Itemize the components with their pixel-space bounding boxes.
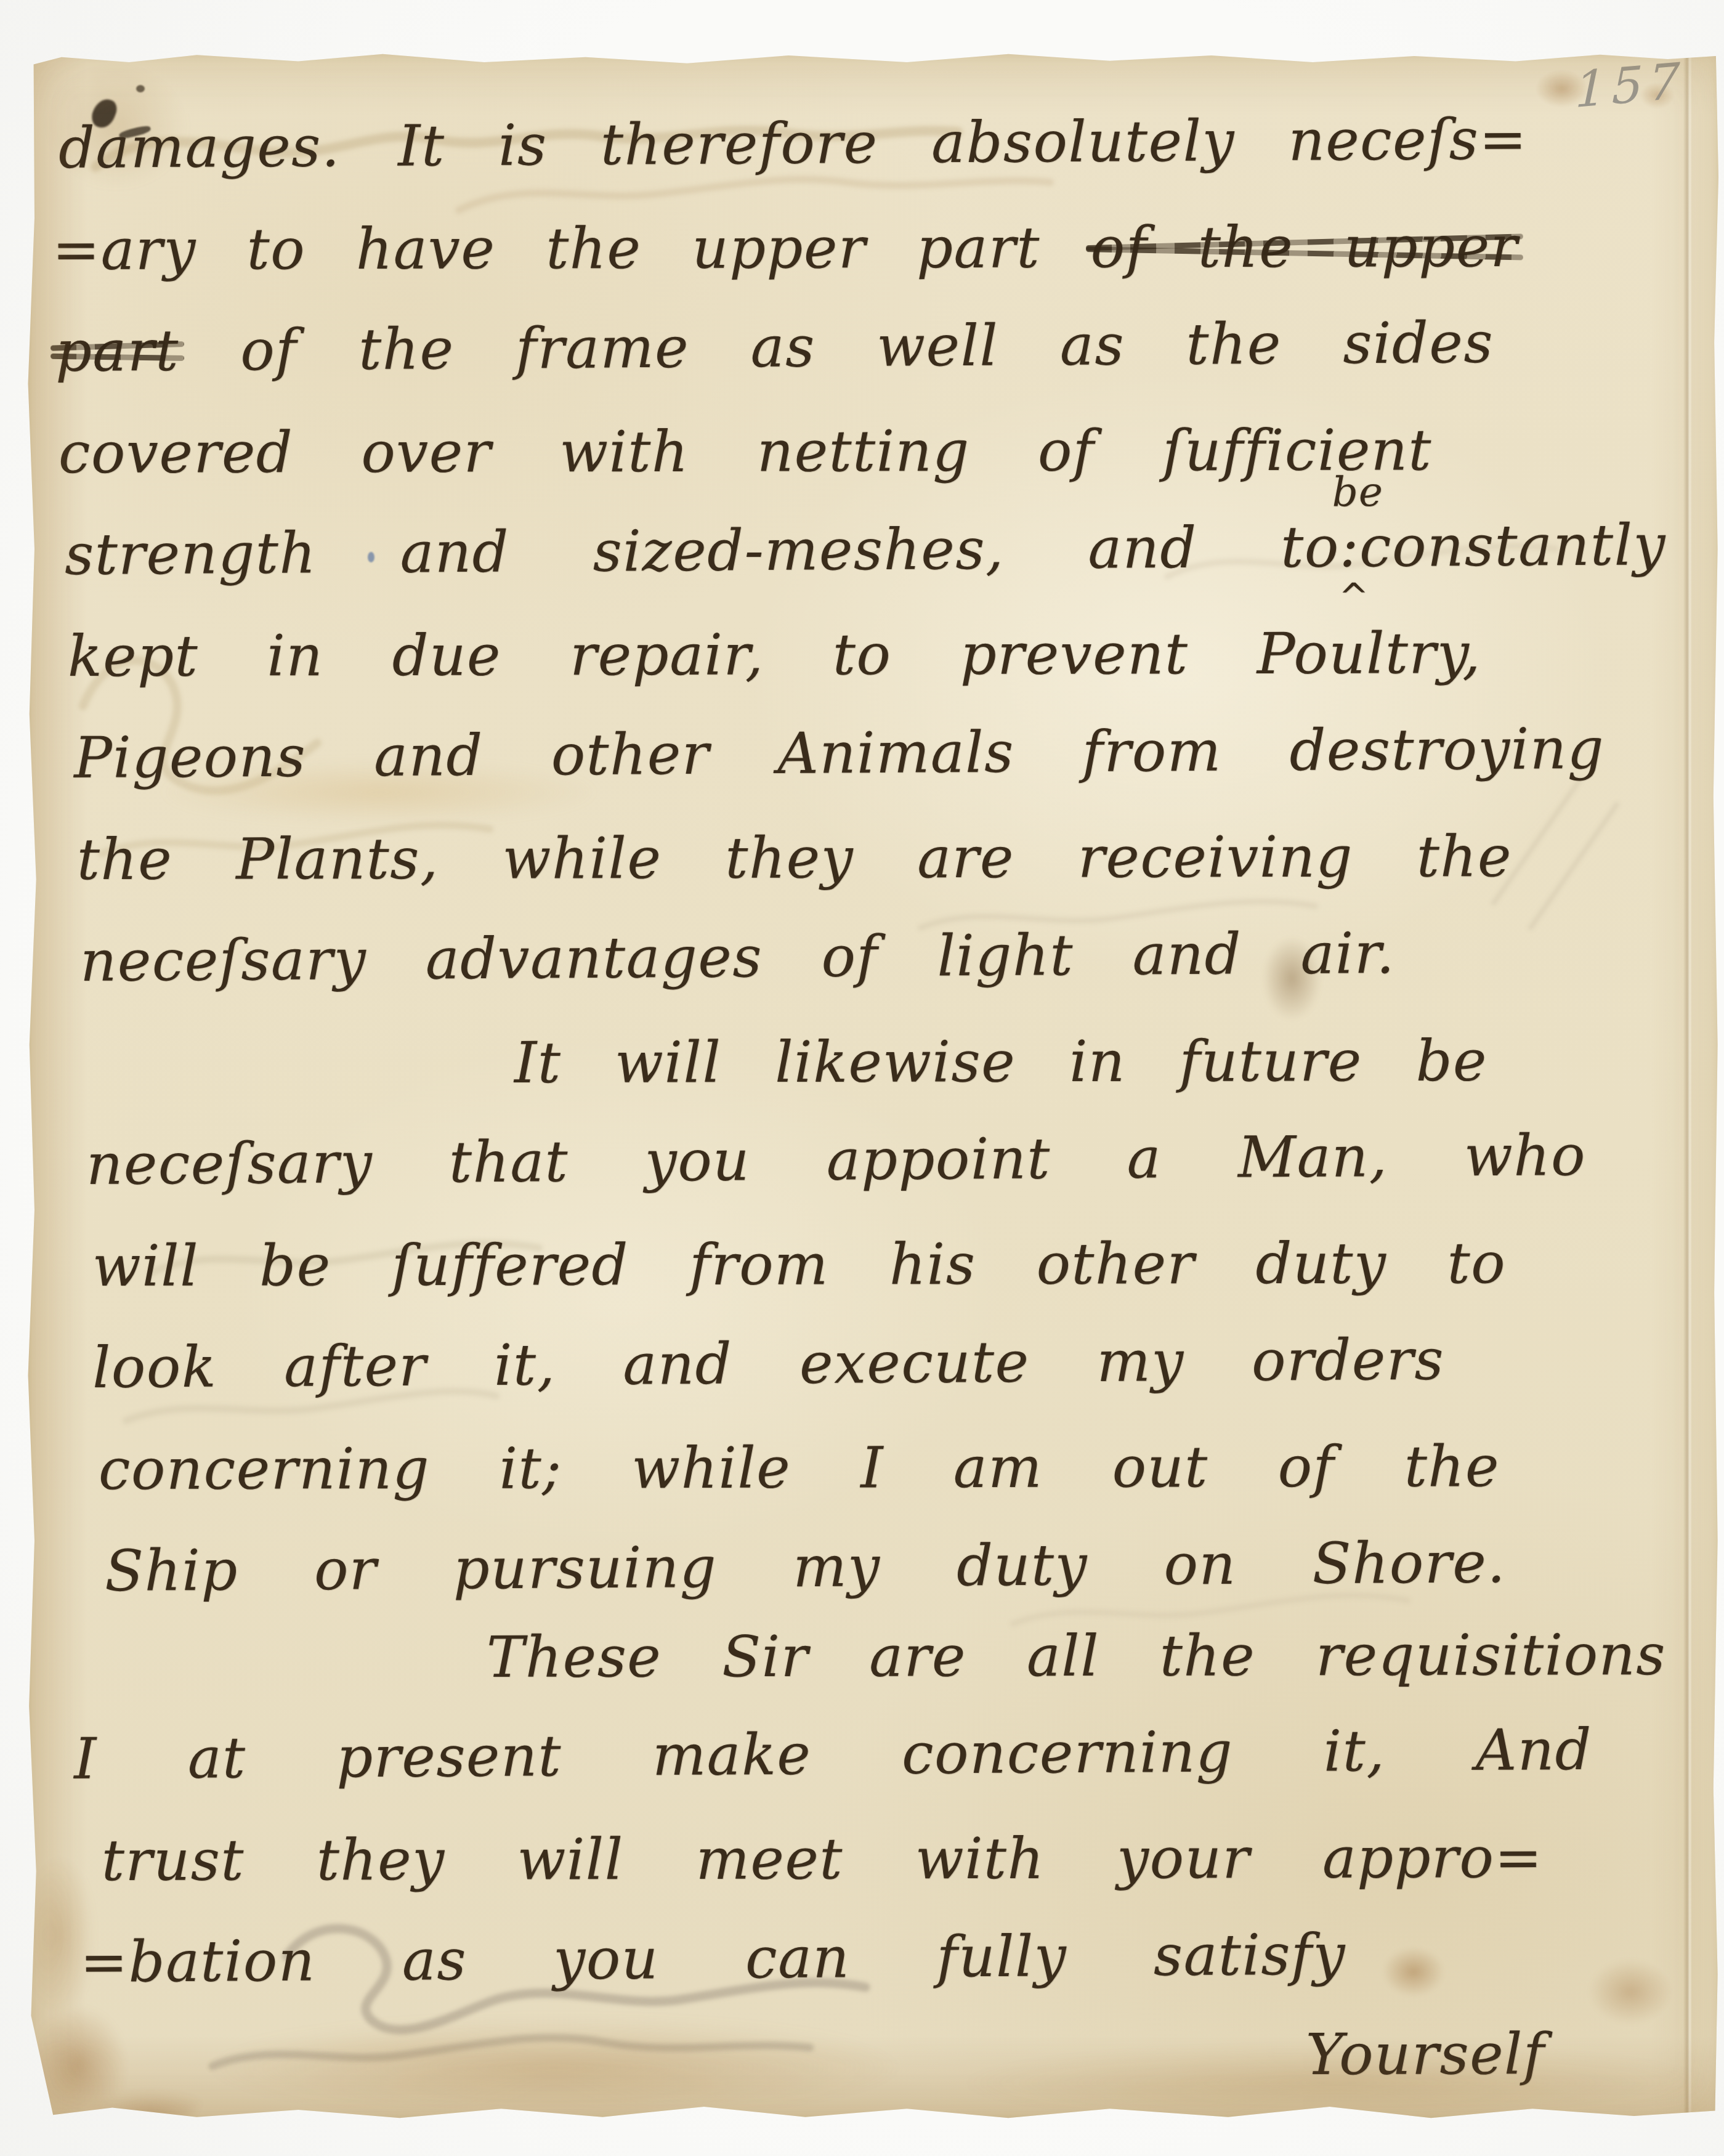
text-segment: of the frame as well as the sides — [179, 310, 1494, 384]
text-line-10: It will likewise in future be — [514, 1029, 1487, 1096]
text-segment: strength and sized-meshes, and to: — [65, 514, 1360, 588]
text-segment: I at present make concerning it, And — [74, 1717, 1593, 1792]
manuscript-page: 157 damages. It is therefore absolutely … — [28, 53, 1718, 2119]
text-line-13: look after it, and execute my orders — [92, 1327, 1445, 1401]
text-segment: =bation as you can fully satisfy — [80, 1921, 1346, 1995]
text-line-5: strength and sized-meshes, and to:be^con… — [65, 513, 1667, 588]
caret-icon: ^ — [1338, 576, 1370, 617]
text-line-8: the Plants, while they are receiving the — [77, 824, 1512, 893]
text-segment: kept in due repair, to prevent Poultry, — [68, 620, 1481, 689]
text-line-2: =ary to have the upper part of the upper — [52, 214, 1518, 283]
text-line-4: covered over with netting of ſufficient — [59, 418, 1432, 485]
text-line-20: Yourself — [1306, 2022, 1601, 2088]
text-segment: =ary to have the upper part — [52, 214, 1091, 283]
text-segment: damages. It is therefore absolutely nece… — [59, 106, 1528, 181]
text-line-7: Pigeons and other Animals from destroyin… — [74, 716, 1605, 791]
text-line-3: part of the frame as well as the sides — [55, 310, 1494, 384]
text-line-1: damages. It is therefore absolutely nece… — [59, 107, 1528, 180]
text-segment: neceſsary that you appoint a Man, who — [86, 1122, 1587, 1198]
text-line-14: concerning it; while I am out of the — [99, 1434, 1500, 1502]
text-line-11: neceſsary that you appoint a Man, who — [86, 1123, 1587, 1198]
text-segment: constantly — [1359, 512, 1666, 580]
text-line-19: =bation as you can fully satisfy — [80, 1922, 1346, 1995]
text-line-12: will be ſuffered from his other duty to — [92, 1231, 1506, 1299]
text-line-15: Ship or pursuing my duty on Shore. — [105, 1530, 1507, 1604]
text-segment: look after it, and execute my orders — [92, 1327, 1445, 1401]
text-segment: the Plants, while they are receiving the — [77, 824, 1512, 893]
text-segment: Yourself — [1306, 2021, 1545, 2088]
text-segment: Pigeons and other Animals from destroyin… — [74, 716, 1605, 791]
text-line-17: I at present make concerning it, And — [74, 1717, 1593, 1792]
manuscript-text: damages. It is therefore absolutely nece… — [28, 53, 1718, 2119]
text-segment: neceſsary advantages of light and air. — [80, 920, 1396, 994]
text-segment: covered over with netting of ſufficient — [59, 417, 1432, 486]
photo-background: 157 damages. It is therefore absolutely … — [0, 0, 1724, 2156]
struck-through-text: of the upper — [1091, 214, 1519, 280]
text-segment: will be ſuffered from his other duty to — [92, 1230, 1506, 1299]
text-segment: concerning it; while I am out of the — [99, 1433, 1500, 1502]
inserted-word: be — [1332, 469, 1383, 516]
text-line-6: kept in due repair, to prevent Poultry, — [68, 621, 1481, 689]
text-segment: These Sir are all the requisitions — [487, 1622, 1666, 1690]
text-segment: It will likewise in future be — [514, 1028, 1487, 1096]
struck-through-text: part — [55, 318, 179, 384]
text-segment: Ship or pursuing my duty on Shore. — [105, 1530, 1507, 1604]
text-segment: trust they will meet with your appro= — [102, 1825, 1543, 1894]
text-line-16: These Sir are all the requisitions — [487, 1623, 1666, 1690]
text-line-18: trust they will meet with your appro= — [102, 1825, 1543, 1894]
text-line-9: neceſsary advantages of light and air. — [80, 921, 1396, 994]
